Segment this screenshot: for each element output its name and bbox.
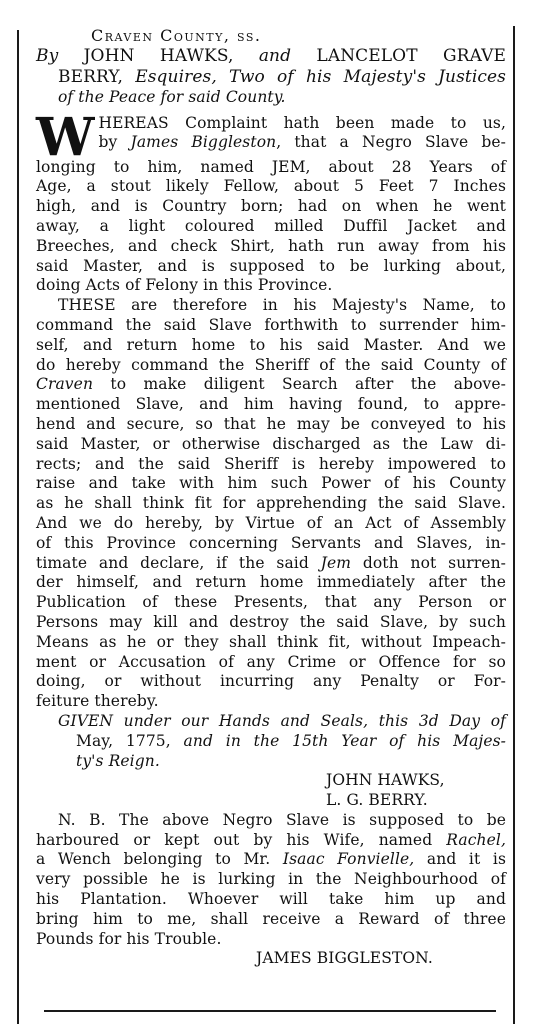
- text-line: Persons may kill and destroy the said Sl…: [36, 613, 506, 633]
- county-heading: Craven County, ss.: [36, 26, 506, 46]
- text-line: said Master, and is supposed to be lurki…: [36, 257, 506, 277]
- text-line: bring him to me, shall receive a Reward …: [36, 910, 506, 930]
- signature-berry: L. G. BERRY.: [36, 791, 506, 811]
- text-line: HEREAS Complaint hath been made to us,: [36, 114, 506, 134]
- text-line: timate and declare, if the said Jem doth…: [36, 554, 506, 574]
- text-line: said Master, or otherwise discharged as …: [36, 435, 506, 455]
- by-word: By: [36, 46, 58, 66]
- bottom-rule: [44, 1010, 496, 1012]
- text-line: THESE are therefore in his Majesty's Nam…: [36, 296, 506, 316]
- paragraph-these: THESE are therefore in his Majesty's Nam…: [36, 296, 506, 712]
- text-line: doing, or without incurring any Penalty …: [36, 672, 506, 692]
- justice-name-2-cont: BERRY,: [58, 67, 135, 87]
- text-line: rects; and the said Sheriff is hereby im…: [36, 455, 506, 475]
- nota-bene: N. B. The above Negro Slave is supposed …: [36, 811, 506, 950]
- text-line: Means as he or they shall think fit, wit…: [36, 633, 506, 653]
- text-line: away, a light coloured milled Duffil Jac…: [36, 217, 506, 237]
- text-line: Pounds for his Trouble.: [36, 930, 506, 950]
- text-line: hend and secure, so that he may be conve…: [36, 415, 506, 435]
- drop-cap: W: [36, 118, 95, 158]
- by-line-1: By JOHN HAWKS, and LANCELOT GRAVE: [36, 46, 506, 67]
- county-italic: Craven: [36, 375, 93, 393]
- by-line-3: of the Peace for said County.: [36, 88, 506, 108]
- text-line: GIVEN under our Hands and Seals, this 3d…: [36, 712, 506, 732]
- text-line: as he shall think fit for apprehending t…: [36, 494, 506, 514]
- text-line: Craven to make diligent Search after the…: [36, 375, 506, 395]
- text-line: And we do hereby, by Virtue of an Act of…: [36, 514, 506, 534]
- text-line: N. B. The above Negro Slave is supposed …: [36, 811, 506, 831]
- text-line: do hereby command the Sheriff of the sai…: [36, 356, 506, 376]
- text-line: ty's Reign.: [36, 752, 506, 772]
- text-line: Age, a stout likely Fellow, about 5 Feet…: [36, 177, 506, 197]
- text-line: May, 1775, and in the 15th Year of his M…: [36, 732, 506, 752]
- signature-hawks: JOHN HAWKS,: [36, 771, 506, 791]
- signatures: JOHN HAWKS, L. G. BERRY.: [36, 771, 506, 811]
- text-line: harboured or kept out by his Wife, named…: [36, 831, 506, 851]
- justice-name-2: LANCELOT GRAVE: [291, 46, 506, 66]
- jem-italic: Jem: [321, 554, 351, 572]
- text-line: command the said Slave forthwith to surr…: [36, 316, 506, 336]
- text-line: Breeches, and check Shirt, hath run away…: [36, 237, 506, 257]
- by-line-2: BERRY, Esquires, Two of his Majesty's Ju…: [36, 67, 506, 88]
- text-line: mentioned Slave, and him having found, t…: [36, 395, 506, 415]
- text-line: raise and take with him such Power of hi…: [36, 474, 506, 494]
- text-line: self, and return home to his said Master…: [36, 336, 506, 356]
- left-column-rule: [17, 30, 19, 1024]
- name-italic: James Biggleston: [131, 133, 277, 151]
- given-clause: GIVEN under our Hands and Seals, this 3d…: [36, 712, 506, 771]
- text-line: by James Biggleston, that a Negro Slave …: [36, 133, 506, 153]
- text-line: very possible he is lurking in the Neigh…: [36, 870, 506, 890]
- and-word: and: [259, 46, 291, 66]
- text-line: ment or Accusation of any Crime or Offen…: [36, 653, 506, 673]
- text-line: high, and is Country born; had on when h…: [36, 197, 506, 217]
- justice-name-1: JOHN HAWKS,: [58, 46, 259, 66]
- paragraph-whereas: W HEREAS Complaint hath been made to us,…: [36, 114, 506, 297]
- text-line: of this Province concerning Servants and…: [36, 534, 506, 554]
- text-line: Publication of these Presents, that any …: [36, 593, 506, 613]
- justices-title: Esquires, Two of his Majesty's Justices: [135, 67, 506, 87]
- advertisement-notice: Craven County, ss. By JOHN HAWKS, and LA…: [36, 26, 506, 969]
- text-line: his Plantation. Whoever will take him up…: [36, 890, 506, 910]
- text-line: a Wench belonging to Mr. Isaac Fonvielle…: [36, 850, 506, 870]
- text-line: der himself, and return home immediately…: [36, 573, 506, 593]
- signature-biggleston: JAMES BIGGLESTON.: [36, 949, 506, 969]
- text-line: feiture thereby.: [36, 692, 506, 712]
- right-column-rule: [513, 26, 515, 1024]
- text-line: longing to him, named JEM, about 28 Year…: [36, 158, 506, 178]
- text-line: doing Acts of Felony in this Province.: [36, 276, 506, 296]
